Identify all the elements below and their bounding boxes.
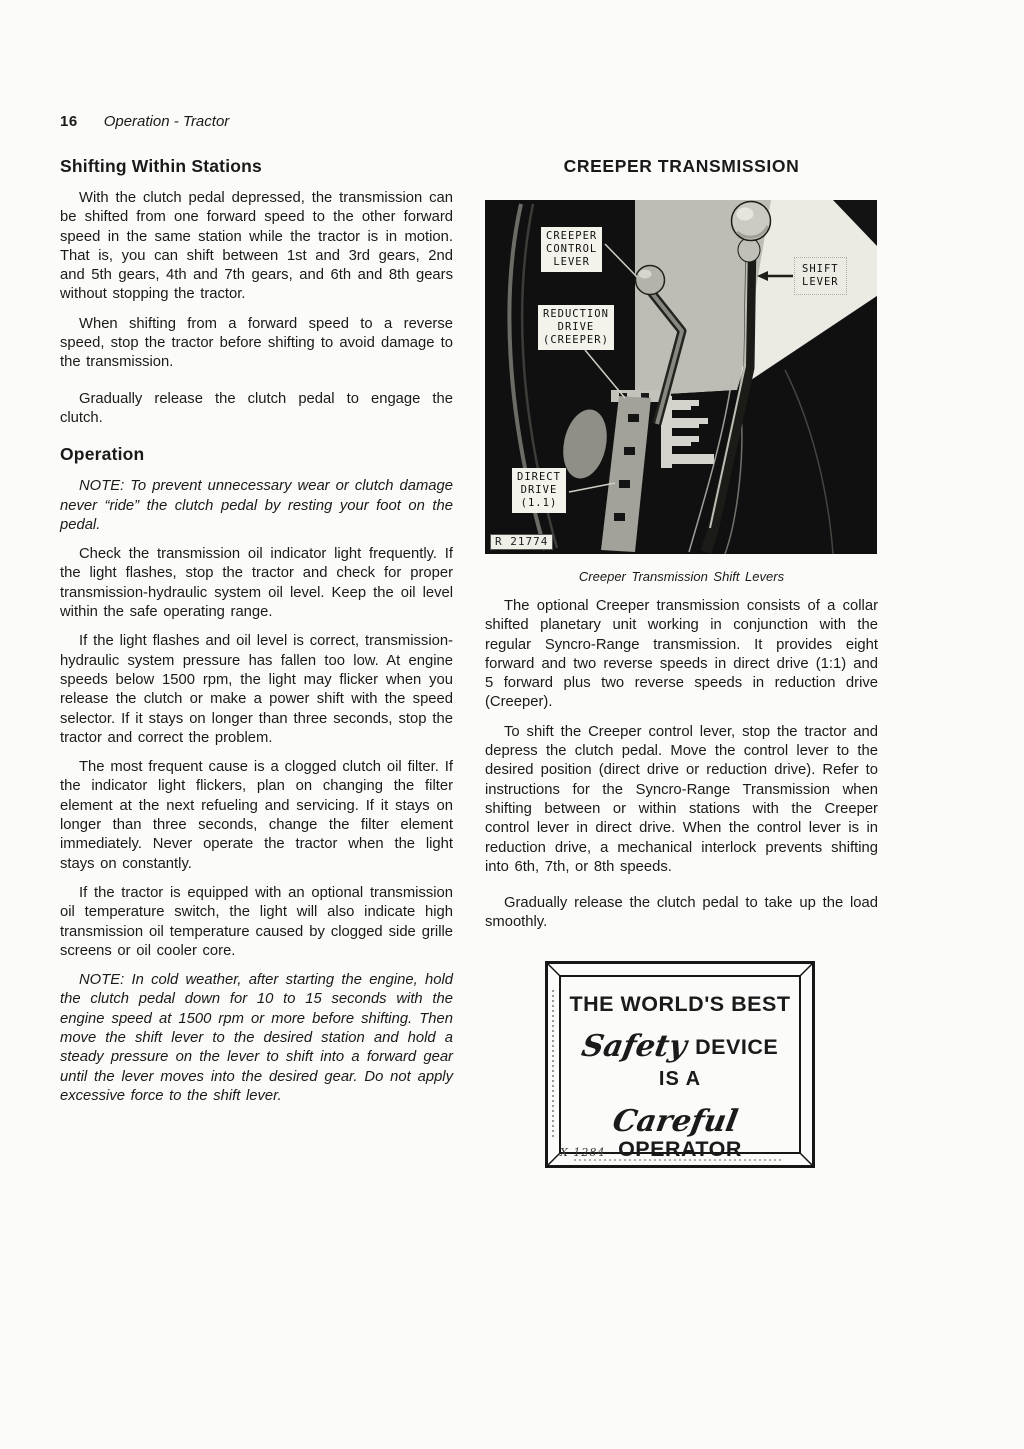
label-reduction-drive-creeper: REDUCTION DRIVE (CREEPER) <box>538 305 614 350</box>
paragraph: To shift the Creeper control lever, stop… <box>485 723 878 877</box>
running-head: 16Operation - Tractor <box>60 113 229 130</box>
sign-script-safety: Safety <box>579 1029 690 1064</box>
photo-id-tag: R 21774 <box>490 534 553 550</box>
sign-script-careful: Careful <box>610 1104 740 1139</box>
right-column: CREEPER TRANSMISSION <box>485 156 878 1169</box>
paragraph: Gradually release the clutch pedal to ta… <box>485 894 878 933</box>
paragraph: When shifting from a forward speed to a … <box>60 315 453 373</box>
paragraph: Check the transmission oil indicator lig… <box>60 545 453 622</box>
page-title: Operation - Tractor <box>104 113 230 130</box>
paragraph: Gradually release the clutch pedal to en… <box>60 390 453 429</box>
left-column: Shifting Within Stations With the clutch… <box>60 156 453 1116</box>
heading-operation: Operation <box>60 444 453 465</box>
label-shift-lever: SHIFT LEVER <box>797 260 844 292</box>
paragraph: The optional Creeper transmission consis… <box>485 597 878 713</box>
page-number: 16 <box>60 113 78 130</box>
paragraph: The most frequent cause is a clogged clu… <box>60 758 453 874</box>
sign-line-device: SafetyDEVICE <box>568 1027 792 1062</box>
paragraph: With the clutch pedal depressed, the tra… <box>60 189 453 305</box>
label-direct-drive: DIRECT DRIVE (1.1) <box>512 468 566 513</box>
creeper-levers-photo: CREEPER CONTROL LEVER REDUCTION DRIVE (C… <box>485 200 877 554</box>
manual-page: 16Operation - Tractor Shifting Within St… <box>0 0 1024 1449</box>
sign-line-worlds-best: THE WORLD'S BEST <box>568 992 792 1017</box>
heading-creeper-transmission: CREEPER TRANSMISSION <box>485 156 878 177</box>
note-paragraph: NOTE: To prevent unnecessary wear or clu… <box>60 477 453 535</box>
figure-caption: Creeper Transmission Shift Levers <box>485 569 878 584</box>
label-creeper-control-lever: CREEPER CONTROL LEVER <box>541 227 602 272</box>
paragraph: If the light flashes and oil level is co… <box>60 632 453 748</box>
note-paragraph: NOTE: In cold weather, after starting th… <box>60 971 453 1106</box>
sign-content: THE WORLD'S BEST SafetyDEVICE IS A Caref… <box>568 984 792 1145</box>
paragraph: If the tractor is equipped with an optio… <box>60 884 453 961</box>
sign-id-tag: X 1284 <box>560 1146 605 1159</box>
safety-sign: THE WORLD'S BEST SafetyDEVICE IS A Caref… <box>544 960 816 1169</box>
sign-line-is-a: IS A <box>568 1068 792 1091</box>
heading-shifting-within-stations: Shifting Within Stations <box>60 156 453 177</box>
sign-word-operator: OPERATOR <box>618 1137 742 1161</box>
sign-word-device: DEVICE <box>695 1035 778 1059</box>
